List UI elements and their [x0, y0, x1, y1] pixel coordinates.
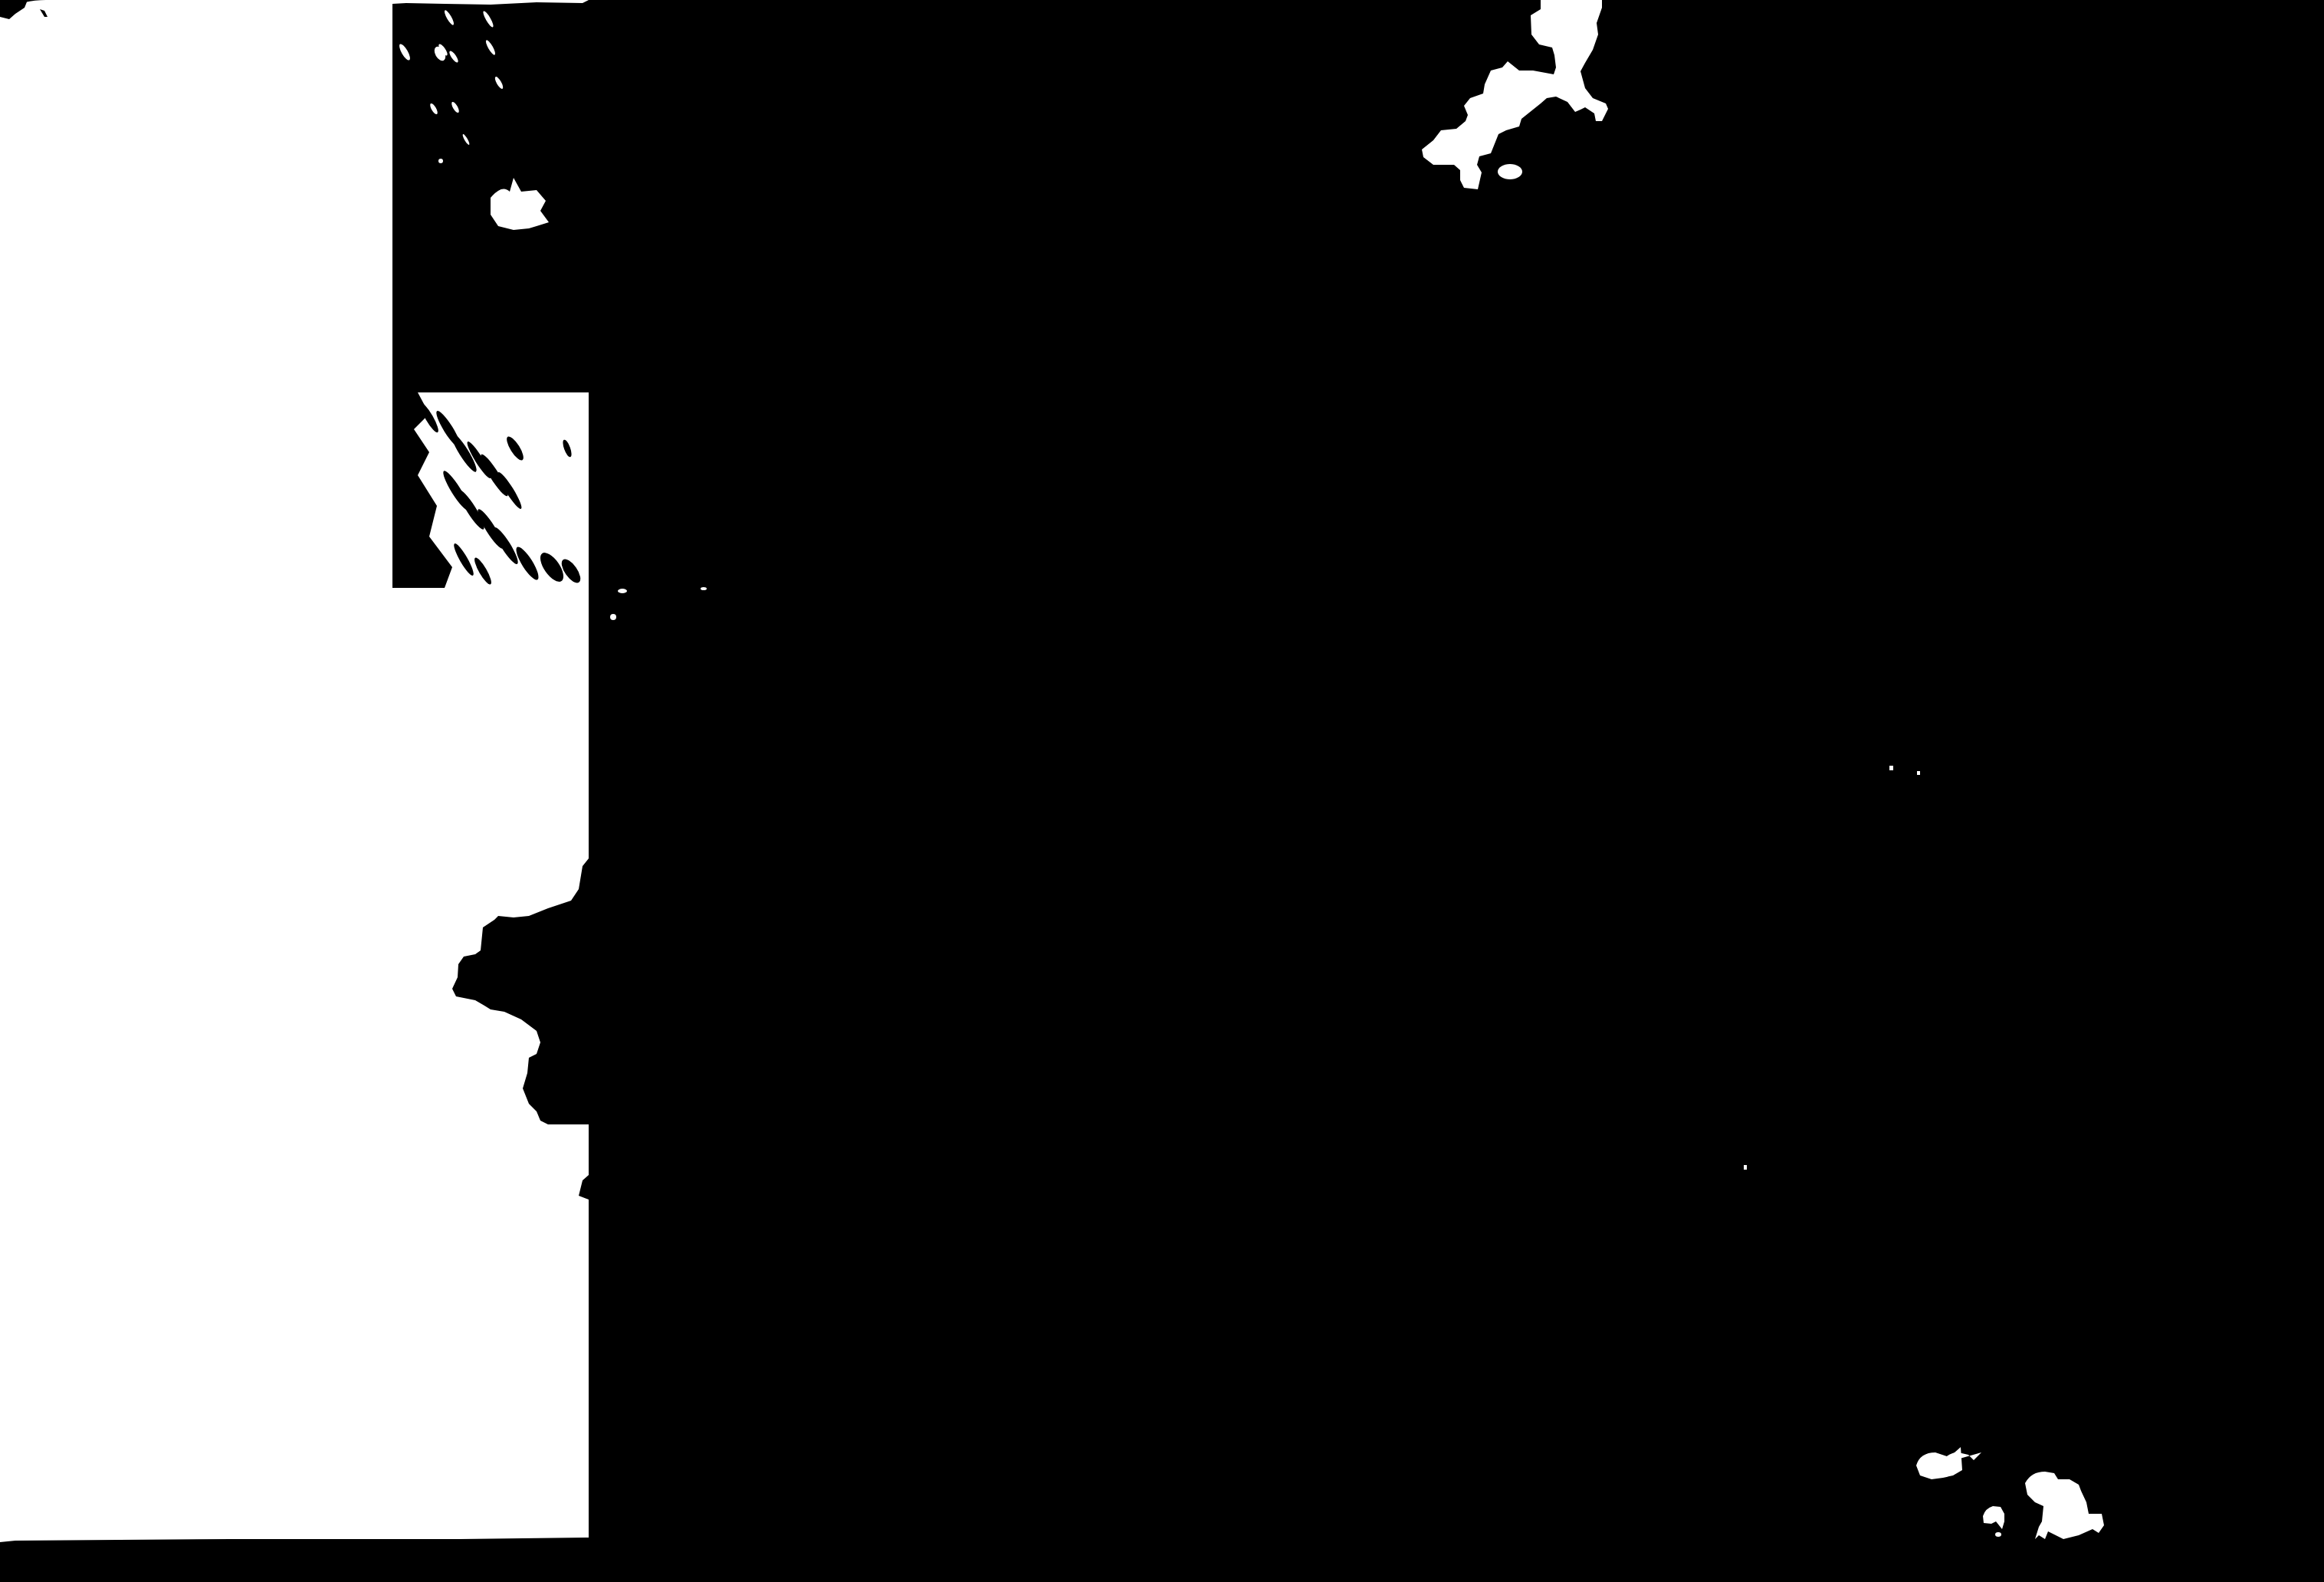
top-center-blob-fragment — [1498, 164, 1522, 179]
binary-mask-image — [0, 0, 2324, 1582]
textured-square-tile — [392, 392, 589, 588]
